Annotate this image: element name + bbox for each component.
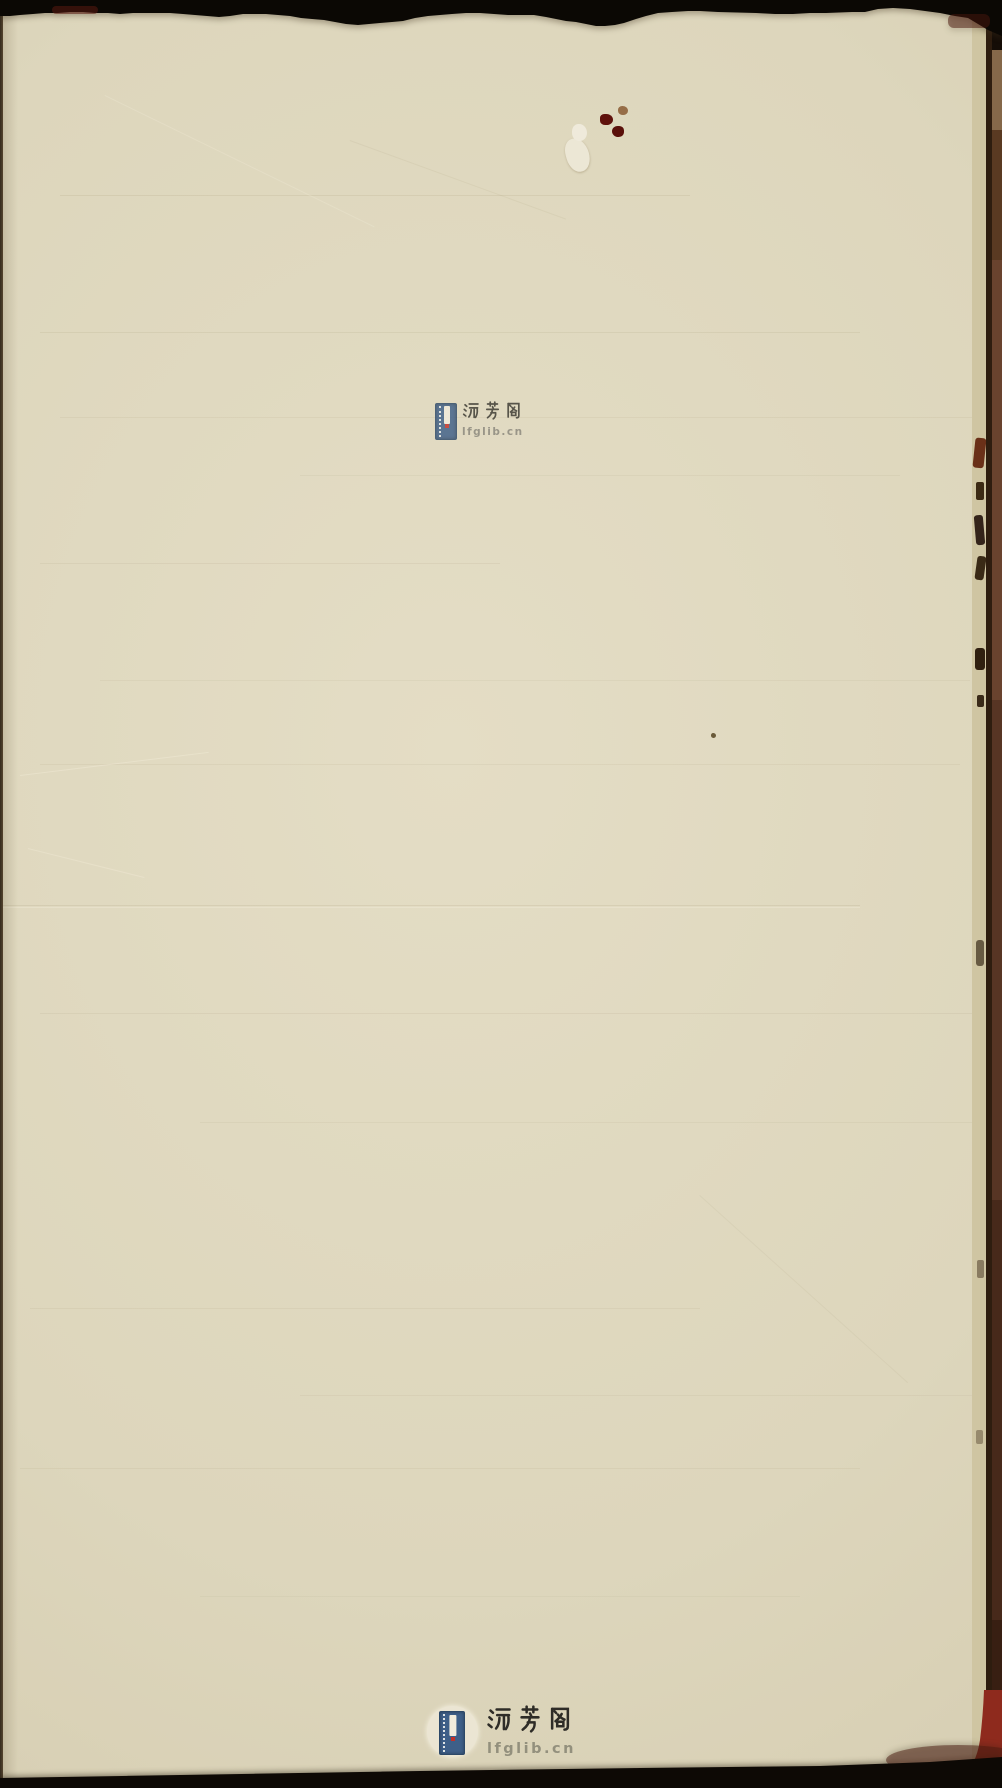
glyph-fang [516,1705,544,1733]
paper-crease [40,1013,990,1014]
paper-crease [40,563,500,564]
book-icon [439,1711,465,1755]
ink-speck-red [612,126,624,137]
watermark-domain-text: lfglib.cn [462,426,524,438]
maroon-tint [948,14,990,28]
watermark-middle: 流芳阁 lfglib.cn [435,401,545,455]
left-gutter-shadow [3,0,18,1788]
watermark-bottom: 流芳阁 lfglib.cn [424,1703,584,1763]
paper-crease [200,1596,800,1597]
paper-fold [28,848,145,878]
book-stitch [439,406,441,437]
glyph-liu [486,1705,514,1733]
top-binding-edge [0,0,1002,44]
ink-speck-dot [711,733,716,738]
glyph-liu [462,401,481,420]
right-binding-edge [950,0,1002,1788]
paper-scratch [699,1195,908,1383]
watermark-brand-text: 流芳阁 [435,401,436,402]
paper-crease [300,475,900,476]
ink-speck-tan [618,106,628,115]
paper-crease [40,332,860,333]
glyph-ge [504,401,523,420]
paper-crease [60,195,690,196]
paper-fold [20,752,209,776]
paper-crease [200,1122,1000,1123]
book-stitch [443,1714,445,1752]
watermark-brand-text: 流芳阁 [424,1703,425,1704]
paper-crease [0,905,860,906]
paper-crease [100,680,970,681]
paper-crease [0,907,860,908]
watermark-brand-glyphs [486,1705,574,1733]
book-title-label [444,406,450,424]
book-icon [435,403,457,440]
watermark-domain-text: lfglib.cn [487,1741,576,1757]
glyph-fang [483,401,502,420]
book-page-scan: 流芳阁 lfglib.cn 流芳阁 lfglib.cn [0,0,1002,1788]
book-seal [451,1737,455,1741]
glyph-ge [546,1705,574,1733]
paper-crease [300,1395,980,1396]
paper-blemish [572,124,587,141]
book-title-label [449,1715,456,1737]
paper-crease [30,1308,700,1309]
watermark-brand-glyphs [462,401,523,420]
paper-scratch [105,95,375,227]
ink-speck-red [600,114,613,125]
maroon-tint [52,6,98,14]
paper-crease [20,1468,860,1469]
book-seal [445,424,449,428]
paper-scratch [350,140,566,220]
paper-crease [40,764,960,765]
paper-blemish [562,135,593,174]
